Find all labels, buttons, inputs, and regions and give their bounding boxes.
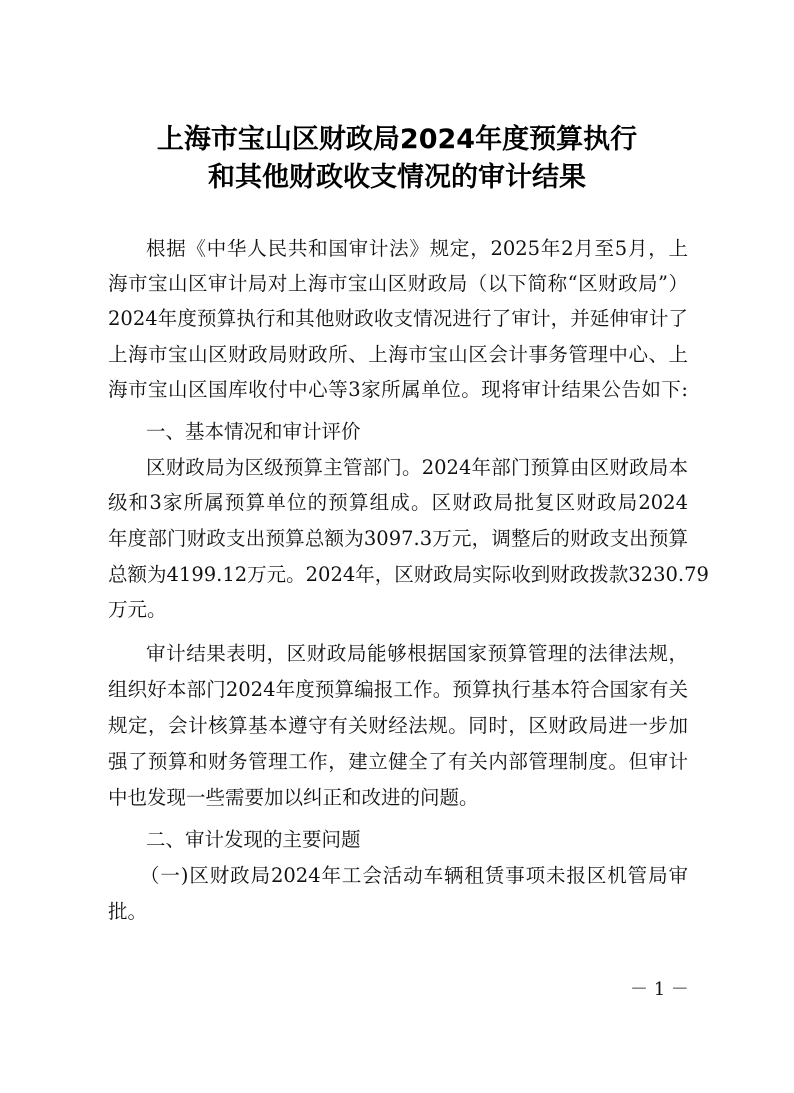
basic-info-line-2: 级和3家所属预算单位的预算组成。区财政局批复区财政局2024 [108,489,688,517]
basic-info-line-5: 万元。 [108,596,688,624]
document-title-line-2: 和其他财政收支情况的审计结果 [0,155,794,194]
basic-info-line-4: 总额为4199.12万元。2024年，区财政局实际收到财政拨款3230.79 [108,561,688,589]
page-number: － 1 － [630,975,689,1001]
basic-info-line-1: 区财政局为区级预算主管部门。2024年部门预算由区财政局本 [146,454,688,482]
document-title-line-1: 上海市宝山区财政局2024年度预算执行 [0,117,794,156]
section-heading-1: 一、基本情况和审计评价 [146,418,688,446]
evaluation-line-1: 审计结果表明，区财政局能够根据国家预算管理的法律法规， [146,640,688,668]
issue-1-line-2: 批。 [108,898,688,926]
intro-line-5: 海市宝山区国库收付中心等3家所属单位。现将审计结果公告如下: [108,376,688,404]
intro-line-4: 上海市宝山区财政局财政所、上海市宝山区会计事务管理中心、上 [108,341,688,369]
issue-1-line-1: （一)区财政局2024年工会活动车辆租赁事项未报区机管局审 [140,862,688,890]
basic-info-line-3: 年度部门财政支出预算总额为3097.3万元，调整后的财政支出预算 [108,525,688,553]
intro-line-3: 2024年度预算执行和其他财政收支情况进行了审计，并延伸审计了 [108,305,688,333]
intro-line-1: 根据《中华人民共和国审计法》规定，2025年2月至5月，上 [146,235,688,263]
section-heading-2: 二、审计发现的主要问题 [146,826,688,854]
intro-line-2: 海市宝山区审计局对上海市宝山区财政局（以下简称“区财政局”） [108,270,688,298]
evaluation-line-4: 强了预算和财务管理工作，建立健全了有关内部管理制度。但审计 [108,748,688,776]
evaluation-line-2: 组织好本部门2024年度预算编报工作。预算执行基本符合国家有关 [108,676,688,704]
evaluation-line-5: 中也发现一些需要加以纠正和改进的问题。 [108,784,688,812]
evaluation-line-3: 规定，会计核算基本遵守有关财经法规。同时，区财政局进一步加 [108,712,688,740]
